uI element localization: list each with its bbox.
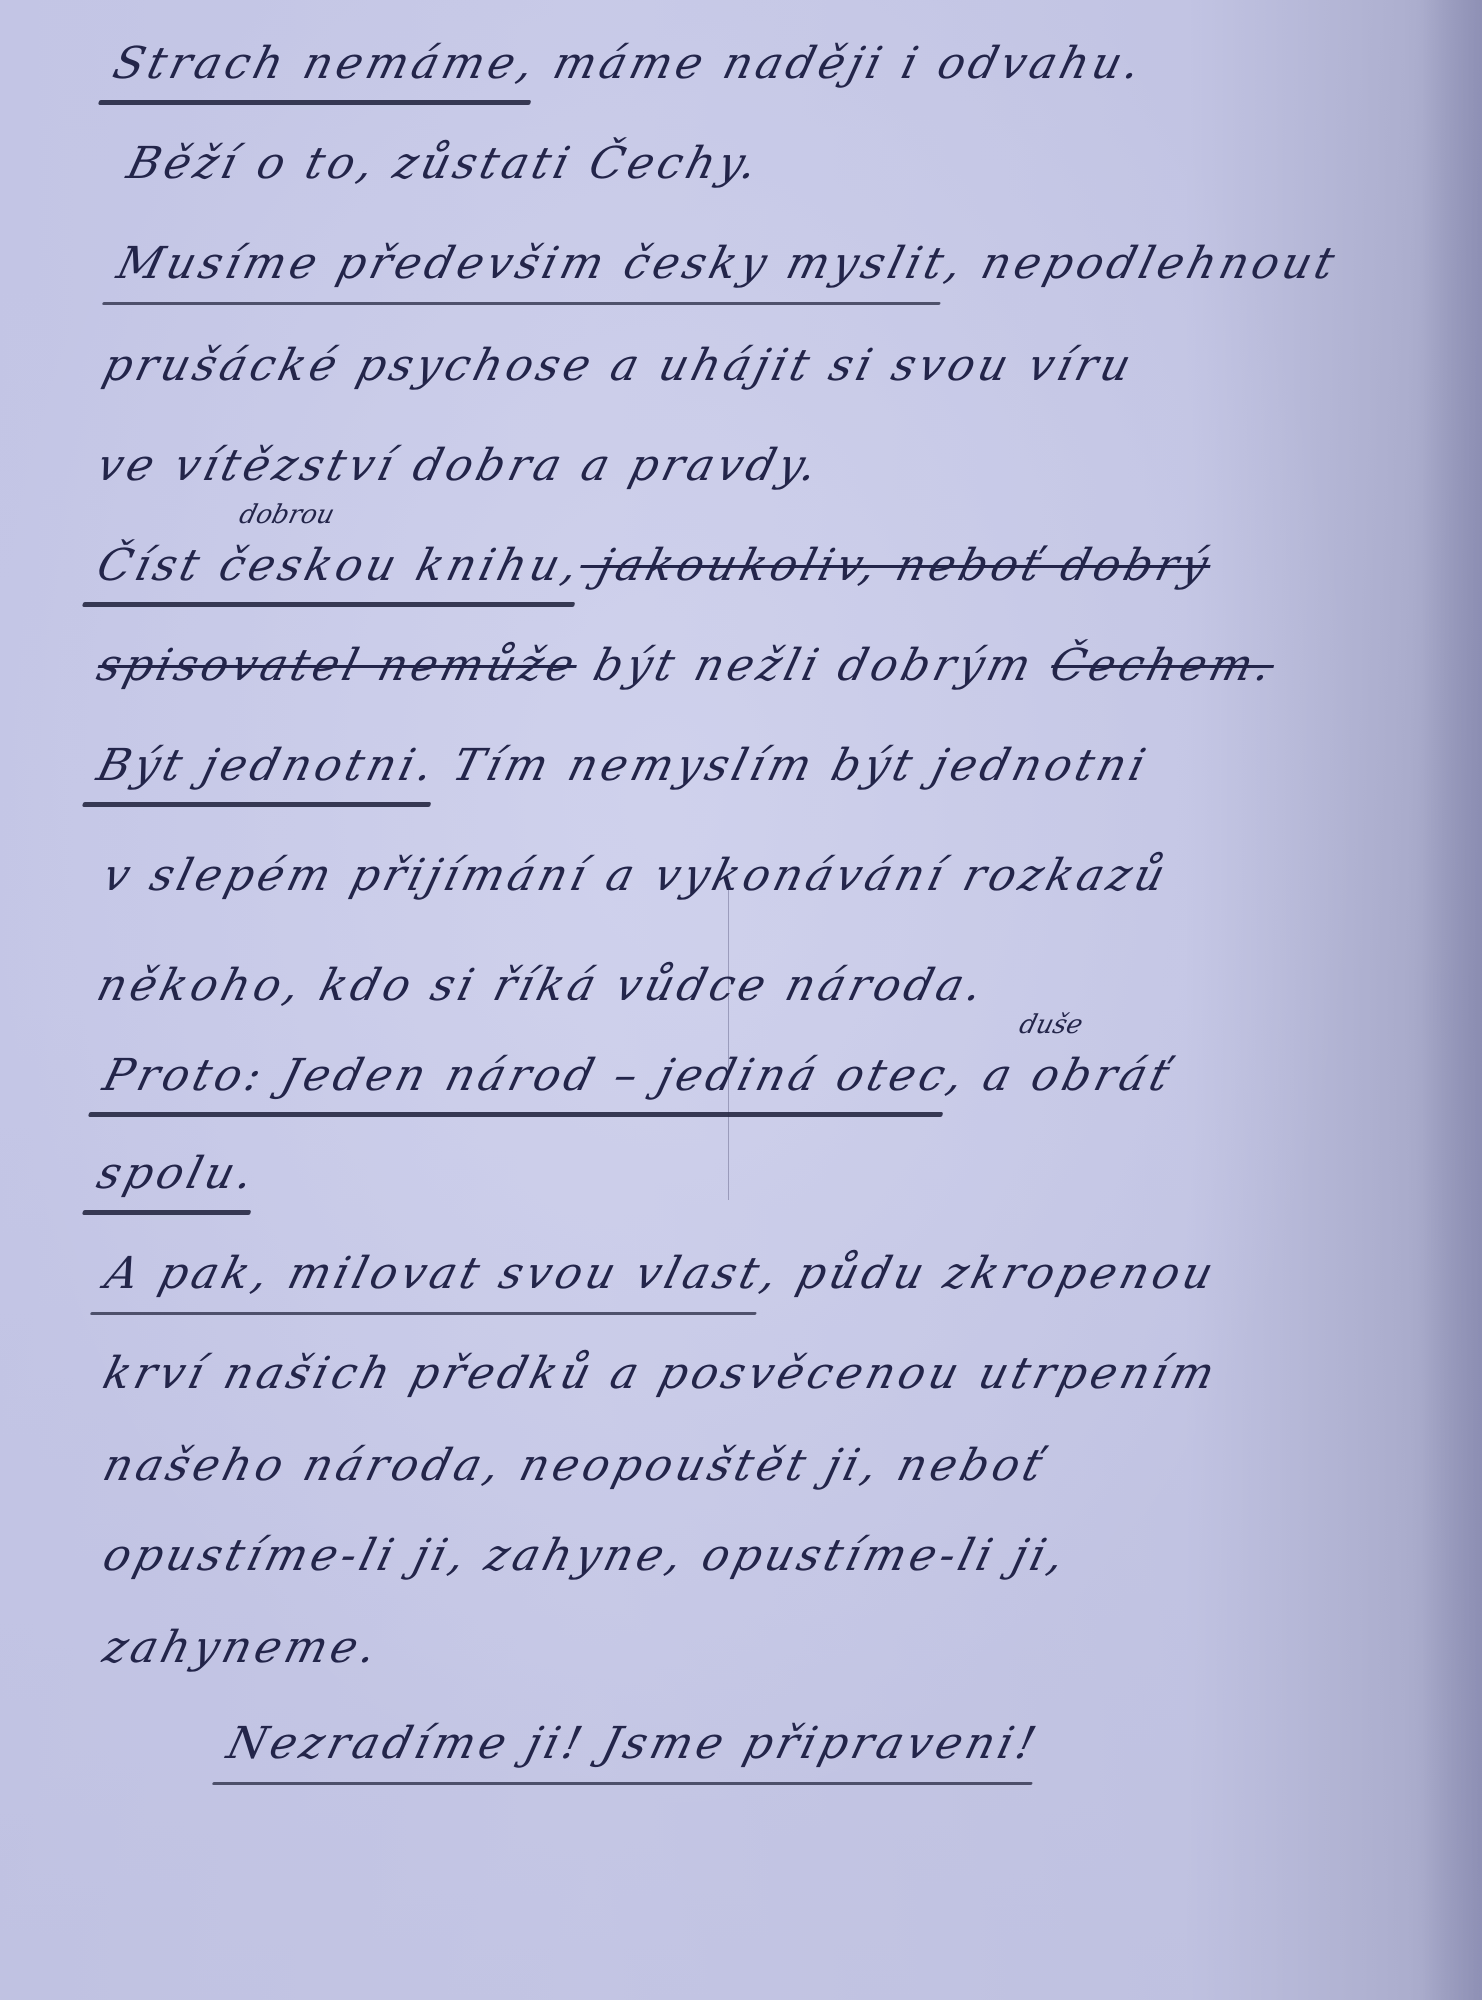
line-2: Běží o to, zůstati Čechy.: [122, 138, 766, 189]
underlined-phrase: A pak, milovat svou vlast: [100, 1248, 768, 1299]
underlined-phrase: spolu.: [92, 1148, 262, 1199]
line-17: zahyneme.: [98, 1622, 385, 1673]
underlined-phrase: Musíme předevšim česky myslit: [112, 238, 953, 289]
line-18: Nezradíme ji! Jsme připraveni!: [222, 1718, 1045, 1769]
line-5: ve vítězství dobra a pravdy.: [92, 440, 826, 491]
line-13: A pak, milovat svou vlast, půdu zkropeno…: [100, 1248, 1222, 1299]
line-14: krví našich předků a posvěcenou utrpením: [98, 1348, 1223, 1399]
line-4: prušácké psychose a uhájit si svou víru: [98, 340, 1140, 391]
struck-text: Čechem.: [1045, 640, 1280, 691]
line-7: spisovatel nemůže být nežli dobrým Čeche…: [92, 640, 1280, 691]
line-6: Číst českou knihu, jakoukoliv, neboť dob…: [92, 540, 1217, 591]
inserted-word: duše: [1016, 1010, 1086, 1040]
underlined-phrase: Strach nemáme,: [108, 38, 543, 89]
inserted-word: dobrou: [236, 500, 337, 530]
struck-text: jakoukoliv, neboť dobrý: [574, 540, 1216, 591]
page-edge-shadow: [1422, 0, 1482, 2000]
underlined-phrase: Být jednotni.: [92, 740, 442, 791]
line-3: Musíme předevšim česky myslit, nepodlehn…: [112, 238, 1343, 289]
underlined-phrase: Číst českou knihu,: [92, 540, 587, 591]
line-8: Být jednotni. Tím nemyslím být jednotni: [92, 740, 1154, 791]
line-16: opustíme-li ji, zahyne, opustíme-li ji,: [98, 1530, 1073, 1581]
line-12: spolu.: [92, 1148, 262, 1199]
manuscript-page: Strach nemáme, máme naději i odvahu. Běž…: [0, 0, 1482, 2000]
line-15: našeho národa, neopouštět ji, neboť: [98, 1440, 1051, 1491]
struck-text: spisovatel nemůže: [92, 640, 583, 691]
line-11: Proto: Jeden národ – jediná otec, a obrá…: [98, 1050, 1178, 1101]
line-10: někoho, kdo si říká vůdce národa.: [92, 960, 991, 1011]
underlined-phrase: Proto: Jeden národ – jediná otec: [98, 1050, 955, 1101]
underlined-phrase: Nezradíme ji! Jsme připraveni!: [222, 1718, 1045, 1769]
line-1: Strach nemáme, máme naději i odvahu.: [108, 38, 1149, 89]
paper-fold-line: [728, 880, 729, 1200]
line-9: v slepém přijímání a vykonávání rozkazů: [98, 850, 1174, 901]
